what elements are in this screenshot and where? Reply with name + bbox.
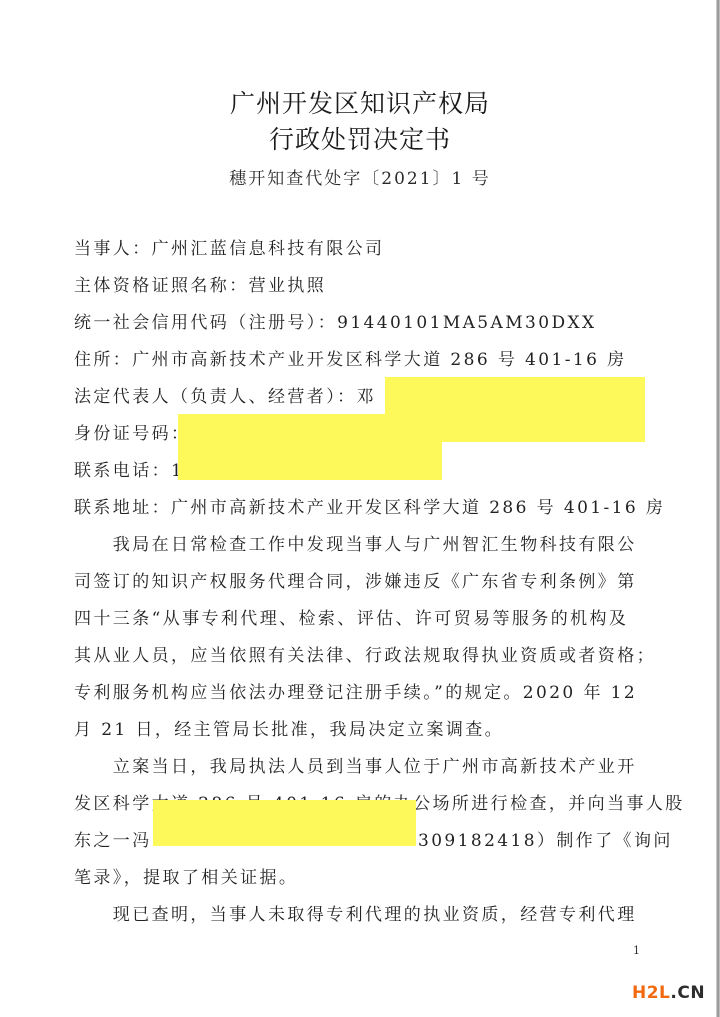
legal-representative: 法定代表人（负责人、经营者）：邓: [74, 382, 376, 407]
watermark-part-2: .CN: [670, 983, 705, 1003]
paragraph-2-line-3-tail: 309182418）制作了《询问: [418, 826, 673, 851]
paragraph-1-line-1: 我局在日常检查工作中发现当事人与广州智汇生物科技有限公: [74, 530, 637, 555]
paragraph-2-line-3: 东之一冯: [74, 826, 152, 851]
contact-phone: 联系电话：1: [74, 456, 184, 481]
document-title-type: 行政处罚决定书: [0, 120, 720, 156]
address: 住所：广州市高新技术产业开发区科学大道 286 号 401-16 房: [74, 345, 627, 370]
credit-code: 统一社会信用代码（注册号）：91440101MA5AM30DXX: [74, 308, 596, 333]
redaction-box: [178, 414, 442, 480]
document-title-issuer: 广州开发区知识产权局: [0, 84, 720, 120]
paragraph-1-line-4: 其从业人员，应当依照有关法律、行政法规取得执业资质或者资格；: [74, 641, 656, 666]
redaction-box: [153, 800, 416, 846]
license-type: 主体资格证照名称：营业执照: [74, 271, 326, 296]
paragraph-2-line-1: 立案当日，我局执法人员到当事人位于广州市高新技术产业开: [74, 752, 637, 777]
paragraph-2-line-4: 笔录》，提取了相关证据。: [74, 863, 298, 888]
party-name: 当事人：广州汇蓝信息科技有限公司: [74, 234, 384, 259]
paragraph-1-line-5: 专利服务机构应当依法办理登记注册手续。”的规定。2020 年 12: [74, 678, 637, 703]
watermark-logo: H2L.CN: [632, 983, 705, 1003]
watermark-part-1: H2L: [632, 983, 670, 1003]
document-number: 穗开知查代处字〔2021〕1 号: [0, 164, 720, 189]
id-number: 身份证号码：: [74, 419, 190, 444]
paragraph-1-line-3: 四十三条“从事专利代理、检索、评估、许可贸易等服务的机构及: [74, 604, 628, 629]
contact-address: 联系地址：广州市高新技术产业开发区科学大道 286 号 401-16 房: [74, 493, 665, 518]
paragraph-1-line-2: 司签订的知识产权服务代理合同，涉嫌违反《广东省专利条例》第: [74, 567, 637, 592]
page-number: 1: [633, 944, 640, 957]
paragraph-3-line-1: 现已查明，当事人未取得专利代理的执业资质，经营专利代理: [74, 900, 637, 925]
paragraph-1-line-6: 月 21 日，经主管局长批准，我局决定立案调查。: [74, 715, 504, 740]
